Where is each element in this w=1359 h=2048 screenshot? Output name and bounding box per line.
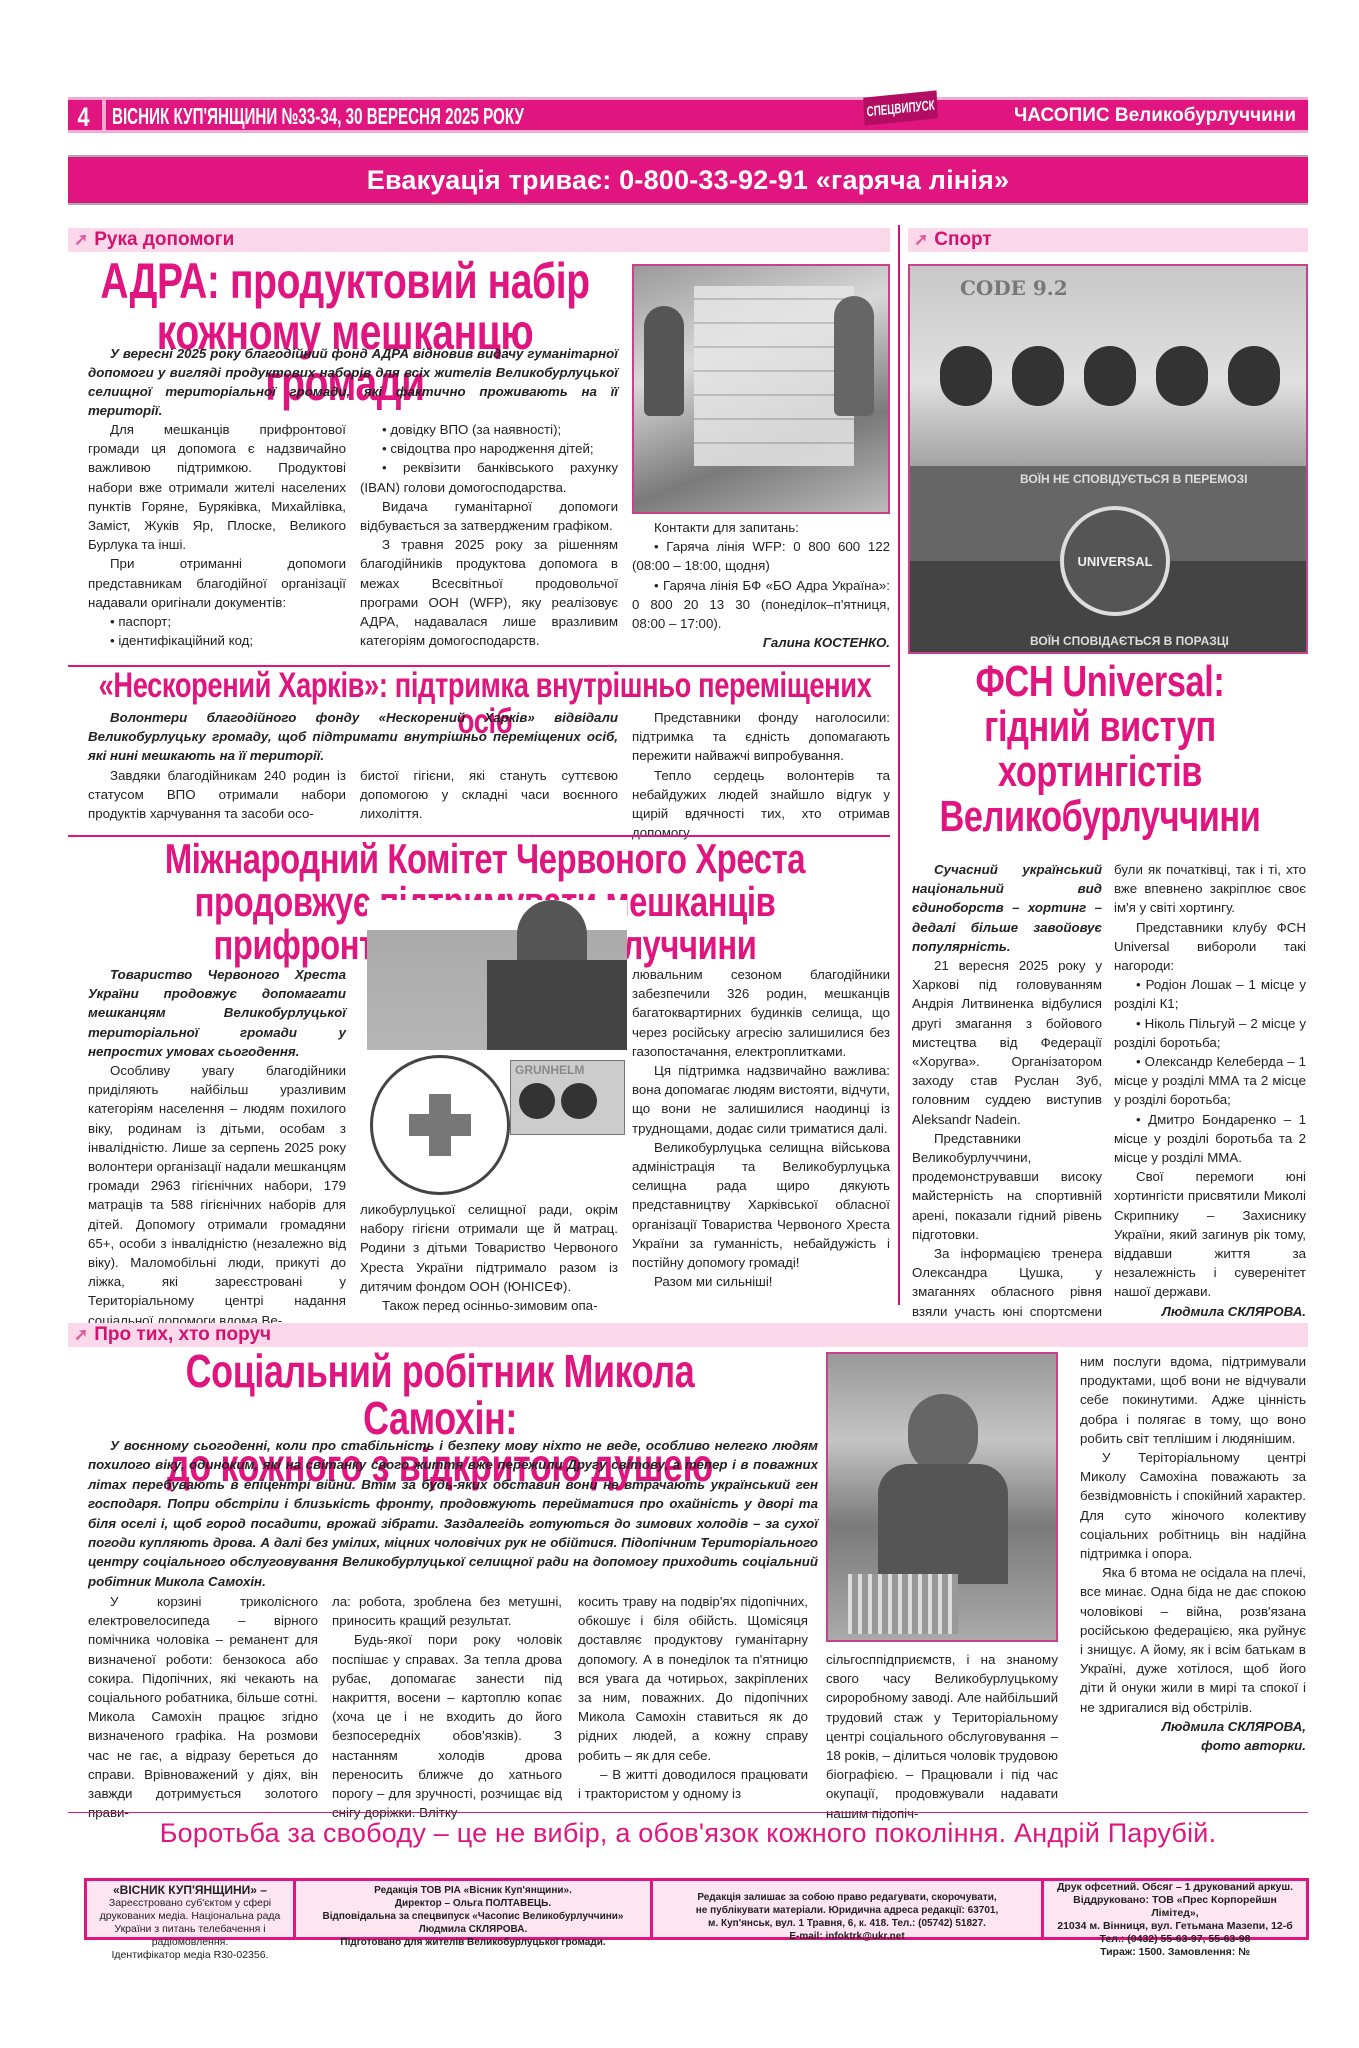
stove-product: GRUNHELM [510, 1060, 625, 1135]
contact-email: E-mail: infoktrk@ukr.net [659, 1930, 1035, 1943]
arrow-icon: ➚ [74, 230, 88, 250]
adra-lead: У вересні 2025 року благодійний фонд АДР… [88, 344, 618, 420]
author-signature: Галина КОСТЕНКО. [632, 633, 890, 652]
arrow-icon: ➚ [74, 1325, 88, 1345]
rubric-label: Спорт [934, 229, 991, 251]
sport-headline: ФСН Universal: гідний виступ хортингісті… [880, 660, 1320, 840]
masthead-title: ВІСНИК КУП'ЯНЩИНИ №33-34, 30 ВЕРЕСНЯ 202… [112, 103, 524, 130]
social-col-3: косить траву на подвір'ях підопічних, об… [578, 1592, 808, 1803]
social-worker-photo [826, 1352, 1058, 1642]
red-cross-icon [405, 1090, 475, 1160]
redcross-col-3: лювальним сезоном благодійники забезпечи… [632, 965, 890, 1291]
parubiy-quote: Боротьба за свободу – це не вибір, а обо… [68, 1818, 1308, 1849]
evacuation-banner: Евакуація триває: 0-800-33-92-91 «гаряча… [68, 155, 1308, 205]
supplement-title: ЧАСОПИС Великобурлуччини [1014, 105, 1296, 127]
kharkiv-col-1: Завдяки благодійникам 240 родин із стату… [88, 766, 346, 824]
social-col-5: ним послуги вдома, підтримували продукта… [1080, 1352, 1306, 1755]
rubric-neighbors: ➚ Про тих, хто поруч [68, 1323, 1308, 1347]
social-lead: У воєнному сьогоденні, коли про стабільн… [88, 1436, 818, 1591]
footer-editorial: Редакція ТОВ РІА «Вісник Куп'янщини». Ди… [293, 1878, 653, 1940]
sport-col-2: були як початківці, так і ті, хто вже вп… [1114, 860, 1306, 1321]
photo-credit: фото авторки. [1080, 1736, 1306, 1755]
sport-col-1: Сучасний український національний вид єд… [912, 860, 1102, 1340]
author-signature: Людмила СКЛЯРОВА. [1114, 1302, 1306, 1321]
special-issue-badge: СПЕЦВИПУСК [863, 90, 938, 125]
footer-printing: Друк офсетний. Обсяг – 1 друкований арку… [1041, 1878, 1309, 1940]
redcross-logo [370, 1055, 510, 1195]
kharkiv-col-2: бистої гігієни, які стануть суттєвою доп… [360, 766, 618, 824]
product-brand: GRUNHELM [511, 1061, 624, 1079]
rubric-label: Рука допомоги [94, 229, 234, 251]
sport-team-photo: CODE 9.2 ВОЇН НЕ СПОВІДУЄТЬСЯ В ПЕРЕМОЗІ… [908, 264, 1308, 654]
headline-line: АДРА: продуктовий набір [99, 256, 590, 307]
arrow-icon: ➚ [914, 230, 928, 250]
redcross-photo [367, 900, 627, 1050]
redcross-col-2: ликобурлуцької селищної ради, окрім набо… [360, 1200, 618, 1315]
social-col-4: сільгосппідприємств, і на знаному свого … [826, 1650, 1058, 1823]
adra-col-1: Для мешканців прифронтової громади ця до… [88, 420, 346, 650]
kharkiv-lead: Волонтери благодійного фонду «Нескорений… [88, 708, 618, 766]
page-header: 4 ВІСНИК КУП'ЯНЩИНИ №33-34, 30 ВЕРЕСНЯ 2… [68, 97, 1308, 133]
rubric-sport: ➚ Спорт [908, 228, 1308, 252]
adra-col-2: • довідку ВПО (за наявності); • свідоцтв… [360, 420, 618, 650]
footer-registration: «ВІСНИК КУП'ЯНЩИНИ» – Зареєстровано суб'… [84, 1878, 296, 1940]
universal-logo: UNIVERSAL [1077, 554, 1152, 569]
redcross-col-1: Товариство Червоного Хреста України прод… [88, 965, 346, 1330]
kharkiv-col-3: Представники фонду наголосили: підтримка… [632, 708, 890, 842]
page-number: 4 [78, 102, 90, 133]
footer-legal: Редакція залишає за собою право редагува… [650, 1878, 1044, 1940]
adra-photo [632, 264, 890, 514]
photo-banner-text: CODE 9.2 [960, 276, 1068, 300]
rubric-help: ➚ Рука допомоги [68, 228, 890, 252]
evacuation-hotline-text: Евакуація триває: 0-800-33-92-91 «гаряча… [367, 165, 1009, 196]
divider [68, 1812, 1308, 1813]
social-col-2: ла: робота, зроблена без метушні, принос… [332, 1592, 562, 1822]
rubric-label: Про тих, хто поруч [94, 1324, 271, 1346]
team-flag: ВОЇН НЕ СПОВІДУЄТЬСЯ В ПЕРЕМОЗІ UNIVERSA… [910, 466, 1308, 654]
author-signature: Людмила СКЛЯРОВА, [1080, 1717, 1306, 1736]
social-col-1: У корзині триколісного електровелосипеда… [88, 1592, 318, 1822]
adra-contacts: Контакти для запитань: • Гаряча лінія WF… [632, 518, 890, 652]
